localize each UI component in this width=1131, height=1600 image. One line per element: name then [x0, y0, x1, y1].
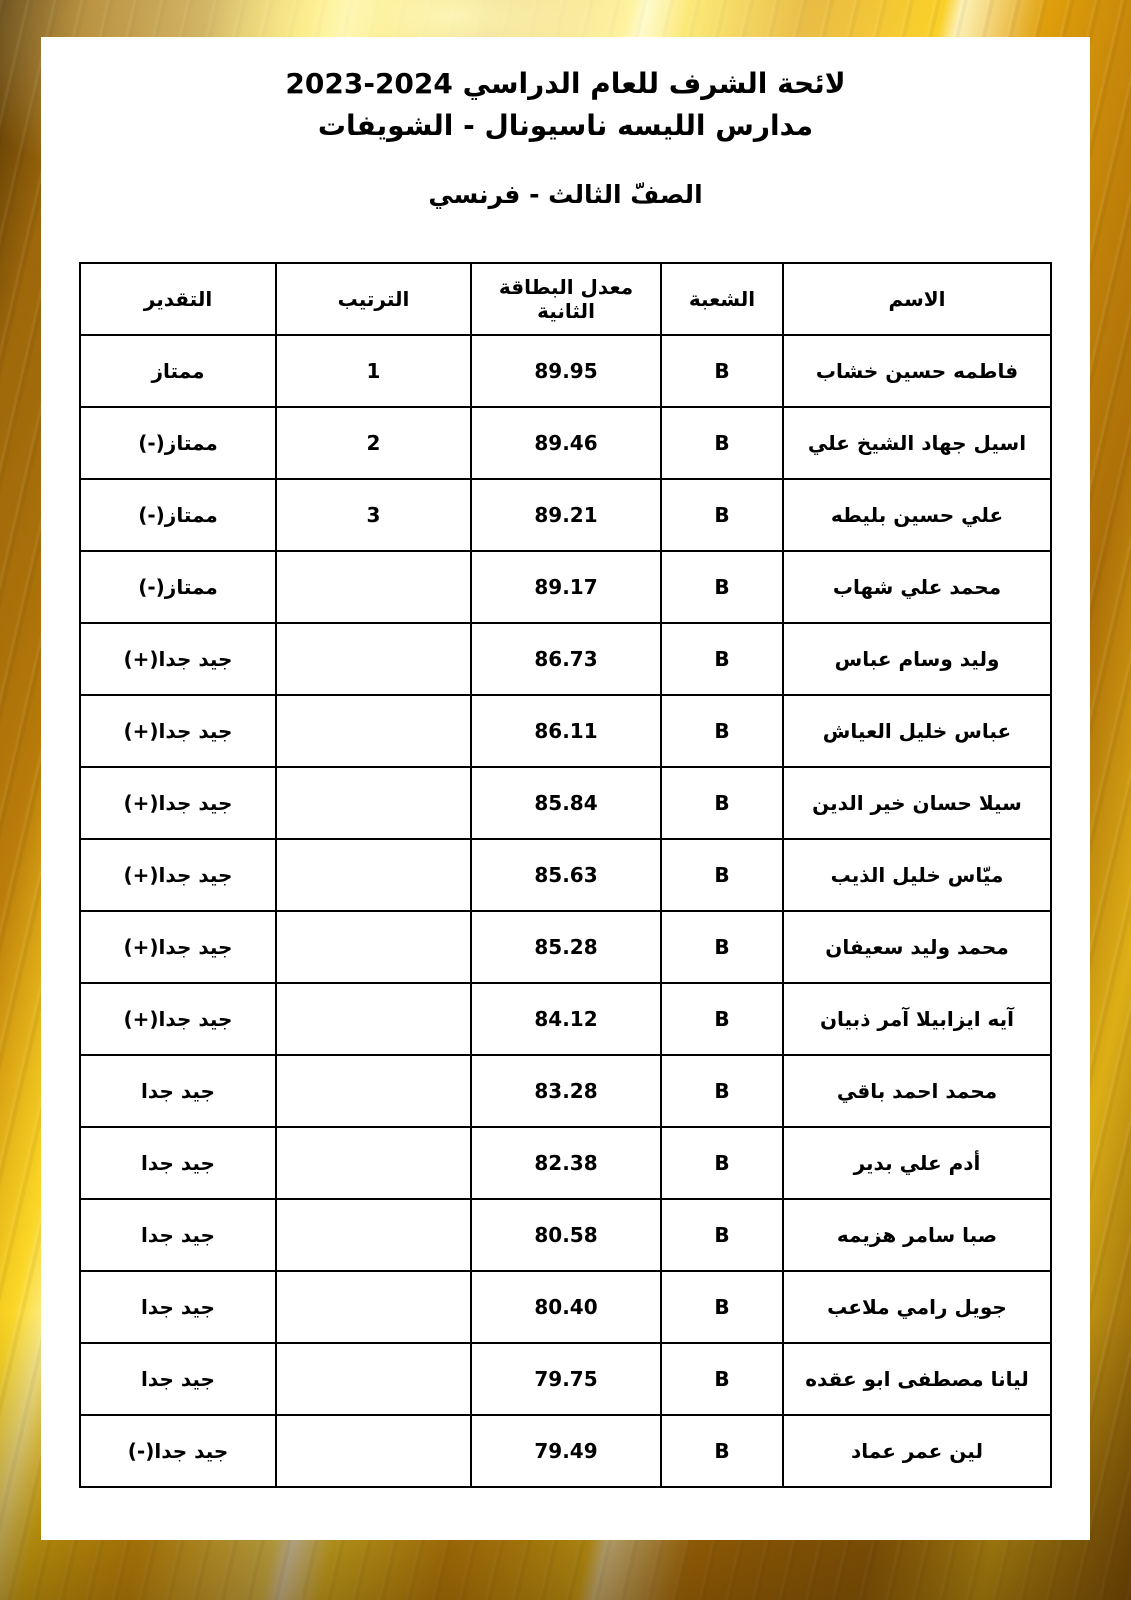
table-row: ميّاس خليل الذيب B 85.63 جيد جدا(+): [80, 839, 1051, 911]
table-row: وليد وسام عباس B 86.73 جيد جدا(+): [80, 623, 1051, 695]
table-row: محمد احمد باقي B 83.28 جيد جدا: [80, 1055, 1051, 1127]
grade-cell: جيد جدا(+): [80, 623, 276, 695]
rank-cell: [276, 1199, 471, 1271]
grade-cell: ممتاز(-): [80, 407, 276, 479]
grade-cell: جيد جدا: [80, 1127, 276, 1199]
section-cell: B: [661, 695, 783, 767]
name-cell: سيلا حسان خير الدين: [783, 767, 1051, 839]
table-row: صبا سامر هزيمه B 80.58 جيد جدا: [80, 1199, 1051, 1271]
name-cell: محمد احمد باقي: [783, 1055, 1051, 1127]
name-cell: أدم علي بدير: [783, 1127, 1051, 1199]
average-cell: 80.58: [471, 1199, 661, 1271]
table-row: محمد علي شهاب B 89.17 ممتاز(-): [80, 551, 1051, 623]
section-cell: B: [661, 335, 783, 407]
grade-cell: جيد جدا: [80, 1343, 276, 1415]
document-page: لائحة الشرف للعام الدراسي 2024-2023 مدار…: [41, 37, 1090, 1540]
rank-cell: [276, 839, 471, 911]
section-cell: B: [661, 911, 783, 983]
table-row: سيلا حسان خير الدين B 85.84 جيد جدا(+): [80, 767, 1051, 839]
rank-cell: [276, 767, 471, 839]
section-cell: B: [661, 983, 783, 1055]
table-row: اسيل جهاد الشيخ علي B 89.46 2 ممتاز(-): [80, 407, 1051, 479]
grade-cell: جيد جدا(+): [80, 767, 276, 839]
rank-cell: [276, 623, 471, 695]
column-header-grade: التقدير: [80, 263, 276, 335]
section-cell: B: [661, 1343, 783, 1415]
section-cell: B: [661, 623, 783, 695]
column-header-name: الاسم: [783, 263, 1051, 335]
honor-roll-table: الاسم الشعبة معدل البطاقة الثانية الترتي…: [79, 262, 1052, 1488]
rank-cell: [276, 695, 471, 767]
grade-cell: جيد جدا(-): [80, 1415, 276, 1487]
section-cell: B: [661, 479, 783, 551]
average-cell: 89.17: [471, 551, 661, 623]
average-cell: 83.28: [471, 1055, 661, 1127]
section-cell: B: [661, 839, 783, 911]
rank-cell: [276, 983, 471, 1055]
average-cell: 85.84: [471, 767, 661, 839]
section-cell: B: [661, 407, 783, 479]
section-cell: B: [661, 767, 783, 839]
table-row: جويل رامي ملاعب B 80.40 جيد جدا: [80, 1271, 1051, 1343]
grade-cell: جيد جدا(+): [80, 839, 276, 911]
column-header-rank: الترتيب: [276, 263, 471, 335]
section-cell: B: [661, 551, 783, 623]
name-cell: وليد وسام عباس: [783, 623, 1051, 695]
table-row: علي حسين بليطه B 89.21 3 ممتاز(-): [80, 479, 1051, 551]
average-cell: 82.38: [471, 1127, 661, 1199]
table-header-row: الاسم الشعبة معدل البطاقة الثانية الترتي…: [80, 263, 1051, 335]
name-cell: فاطمه حسين خشاب: [783, 335, 1051, 407]
table-row: آيه ايزابيلا آمر ذبيان B 84.12 جيد جدا(+…: [80, 983, 1051, 1055]
grade-cell: ممتاز(-): [80, 551, 276, 623]
rank-cell: 2: [276, 407, 471, 479]
grade-cell: جيد جدا(+): [80, 695, 276, 767]
name-cell: آيه ايزابيلا آمر ذبيان: [783, 983, 1051, 1055]
page-title: لائحة الشرف للعام الدراسي 2024-2023 مدار…: [41, 37, 1090, 147]
name-cell: محمد علي شهاب: [783, 551, 1051, 623]
name-cell: اسيل جهاد الشيخ علي: [783, 407, 1051, 479]
name-cell: لين عمر عماد: [783, 1415, 1051, 1487]
name-cell: عباس خليل العياش: [783, 695, 1051, 767]
name-cell: صبا سامر هزيمه: [783, 1199, 1051, 1271]
average-cell: 86.73: [471, 623, 661, 695]
average-cell: 84.12: [471, 983, 661, 1055]
grade-cell: جيد جدا(+): [80, 911, 276, 983]
title-line-1: لائحة الشرف للعام الدراسي 2024-2023: [41, 63, 1090, 105]
table-row: محمد وليد سعيفان B 85.28 جيد جدا(+): [80, 911, 1051, 983]
table-row: ليانا مصطفى ابو عقده B 79.75 جيد جدا: [80, 1343, 1051, 1415]
table-row: أدم علي بدير B 82.38 جيد جدا: [80, 1127, 1051, 1199]
name-cell: جويل رامي ملاعب: [783, 1271, 1051, 1343]
title-line-2: مدارس الليسه ناسيونال - الشويفات: [41, 105, 1090, 147]
name-cell: محمد وليد سعيفان: [783, 911, 1051, 983]
average-cell: 79.75: [471, 1343, 661, 1415]
grade-cell: جيد جدا: [80, 1055, 276, 1127]
grade-cell: جيد جدا: [80, 1199, 276, 1271]
average-cell: 85.63: [471, 839, 661, 911]
rank-cell: [276, 1055, 471, 1127]
grade-cell: جيد جدا(+): [80, 983, 276, 1055]
rank-cell: [276, 1415, 471, 1487]
rank-cell: [276, 1127, 471, 1199]
average-cell: 86.11: [471, 695, 661, 767]
rank-cell: 1: [276, 335, 471, 407]
rank-cell: 3: [276, 479, 471, 551]
grade-cell: جيد جدا: [80, 1271, 276, 1343]
section-cell: B: [661, 1055, 783, 1127]
column-header-average: معدل البطاقة الثانية: [471, 263, 661, 335]
name-cell: ميّاس خليل الذيب: [783, 839, 1051, 911]
section-cell: B: [661, 1127, 783, 1199]
column-header-section: الشعبة: [661, 263, 783, 335]
average-cell: 89.95: [471, 335, 661, 407]
average-cell: 89.21: [471, 479, 661, 551]
section-cell: B: [661, 1199, 783, 1271]
table-row: فاطمه حسين خشاب B 89.95 1 ممتاز: [80, 335, 1051, 407]
name-cell: علي حسين بليطه: [783, 479, 1051, 551]
average-cell: 80.40: [471, 1271, 661, 1343]
name-cell: ليانا مصطفى ابو عقده: [783, 1343, 1051, 1415]
rank-cell: [276, 1343, 471, 1415]
section-cell: B: [661, 1415, 783, 1487]
section-cell: B: [661, 1271, 783, 1343]
table-row: لين عمر عماد B 79.49 جيد جدا(-): [80, 1415, 1051, 1487]
average-cell: 79.49: [471, 1415, 661, 1487]
page-subtitle: الصفّ الثالث - فرنسي: [41, 177, 1090, 213]
grade-cell: ممتاز: [80, 335, 276, 407]
rank-cell: [276, 911, 471, 983]
rank-cell: [276, 551, 471, 623]
average-cell: 85.28: [471, 911, 661, 983]
grade-cell: ممتاز(-): [80, 479, 276, 551]
table-row: عباس خليل العياش B 86.11 جيد جدا(+): [80, 695, 1051, 767]
average-cell: 89.46: [471, 407, 661, 479]
rank-cell: [276, 1271, 471, 1343]
